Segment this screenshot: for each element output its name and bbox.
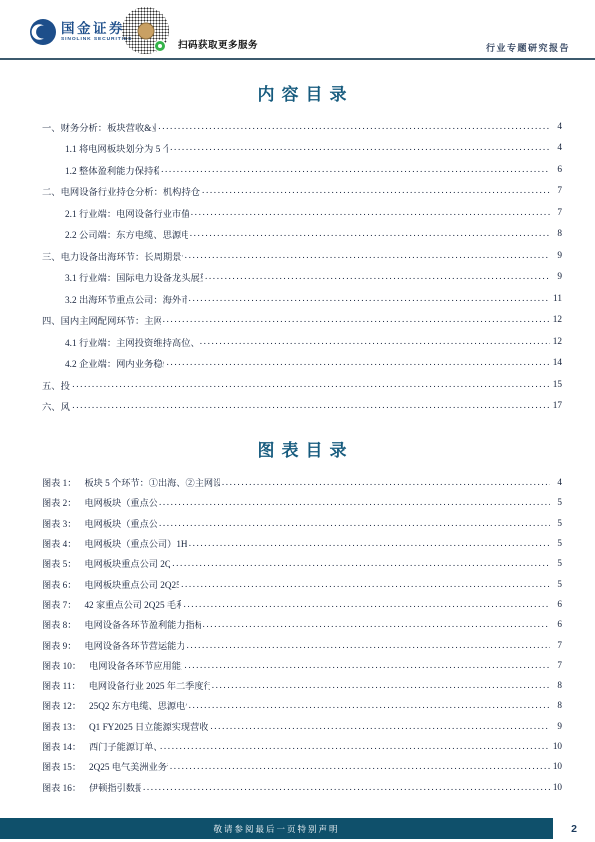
page-footer: 敬请参阅最后一页特别声明 2 — [0, 818, 595, 839]
qr-dots-pattern — [122, 7, 169, 54]
toc-entry-label: 六、风险提示 — [42, 399, 70, 413]
figure-entry-label: 电网板块（重点公司）1H25 业绩同比+14% — [84, 516, 157, 530]
figure-entry-number: 图表 5： — [42, 556, 76, 570]
figure-entry-label: 25Q2 东方电缆、思源电气、许继电气、三星医疗等受机构青睐 — [89, 698, 187, 712]
toc-entry[interactable]: 3.2 出海环节重点公司：海外市场长期布局逐步兑现，营收/订单/盈利增长明显..… — [42, 288, 562, 310]
figure-entry-page: 6 — [552, 599, 562, 609]
dot-leader: ........................................… — [172, 558, 550, 568]
toc-title: 内容目录 — [42, 85, 562, 105]
figure-entry-label: 板块 5 个环节：①出海、②主网设备、③配用电设备、④二次设备及智能化、⑤通用性… — [84, 475, 219, 489]
toc-entry[interactable]: 六、风险提示..................................… — [42, 396, 562, 418]
dot-leader: ........................................… — [222, 477, 550, 487]
dot-leader: ........................................… — [159, 497, 550, 507]
figure-entry-number: 图表 15： — [42, 759, 81, 773]
figure-entry[interactable]: 图表 16：伊顿指引数据中心下游高景气.....................… — [42, 776, 562, 796]
dot-leader: ........................................… — [190, 229, 550, 239]
qr-caption: 扫码获取更多服务 — [178, 37, 258, 51]
figure-entry[interactable]: 图表 11：电网设备行业 2025 年二季度行业市值达到 1.2 万亿元，同比增… — [42, 675, 562, 695]
figure-entry[interactable]: 图表 1：板块 5 个环节：①出海、②主网设备、③配用电设备、④二次设备及智能化… — [42, 472, 562, 492]
sinolink-logo-icon — [30, 19, 56, 45]
figure-entry-page: 6 — [552, 619, 562, 629]
figure-entry-number: 图表 11： — [42, 678, 81, 692]
toc-entry[interactable]: 三、电力设备出海环节：长周期景气、高压设备出口持续高增长、北美数据中心需求旺盛.… — [42, 245, 562, 267]
figure-entry-label: Q1 FY2025 日立能源实现营收 44 亿美元，同比+20%，利润率 12.… — [89, 719, 208, 733]
dot-leader: ........................................… — [161, 165, 550, 175]
dot-leader: ........................................… — [203, 619, 550, 629]
figure-entry-number: 图表 3： — [42, 516, 76, 530]
toc-entry-label: 2.1 行业端：电网设备行业市值同比增长 8%，公募基金重仓持股比例同比-0.8… — [65, 206, 189, 220]
report-page: 国金证券 SINOLINK SECURITIES 扫码获取更多服务 行业专题研究… — [0, 0, 595, 842]
figure-entry-number: 图表 6： — [42, 577, 76, 591]
toc-entry-page: 4 — [552, 122, 562, 132]
figure-entry[interactable]: 图表 2：电网板块（重点公司）1H25 营收同比+13%............… — [42, 492, 562, 512]
figure-entry-number: 图表 16： — [42, 780, 81, 794]
figure-entry-page: 10 — [552, 761, 562, 771]
figure-entry-number: 图表 14： — [42, 739, 81, 753]
figure-entry-page: 10 — [552, 741, 562, 751]
figure-entry-number: 图表 2： — [42, 495, 76, 509]
dot-leader: ........................................… — [170, 143, 550, 153]
figure-entry-label: 电网板块（重点公司）1H25 营收同比+13% — [84, 495, 157, 509]
toc-entry-label: 1.2 整体盈利能力保持稳定，出海环节资本开支持续高增 — [65, 163, 159, 177]
figure-entry-number: 图表 10： — [42, 658, 81, 672]
figure-entry[interactable]: 图表 14：西门子能源订单、收入、利润率持续增长................… — [42, 736, 562, 756]
dot-leader: ........................................… — [181, 579, 550, 589]
dot-leader: ........................................… — [189, 700, 550, 710]
toc-entry[interactable]: 五、投资建议..................................… — [42, 374, 562, 396]
toc-entry[interactable]: 4.1 行业端：主网投资维持高位、特高压招标预计第四批提速、关注配网集采“以量补… — [42, 331, 562, 353]
dot-leader: ........................................… — [191, 208, 550, 218]
figure-entry-page: 5 — [552, 558, 562, 568]
toc-entry-page: 14 — [552, 358, 562, 368]
figure-entry-page: 5 — [552, 538, 562, 548]
dot-leader: ........................................… — [189, 538, 550, 548]
figure-entry[interactable]: 图表 7：42 家重点公司 2Q25 毛利率/净利率分别环比提升至 22%/9%… — [42, 594, 562, 614]
figure-entry[interactable]: 图表 10：电网设备各环节应用能力指标：出海环节资本开支持续高增........… — [42, 655, 562, 675]
figure-entry-page: 8 — [552, 700, 562, 710]
report-type-label: 行业专题研究报告 — [486, 41, 570, 54]
figure-entry-number: 图表 8： — [42, 617, 76, 631]
toc-entry[interactable]: 4.2 企业端：网内业务稳健增长，网外&国际化布局逐步兑现...........… — [42, 353, 562, 375]
toc-entry-page: 17 — [552, 401, 562, 411]
page-content: 内容目录 一、财务分析：板块营收&业绩稳健增长，盈利&营运能力保持稳定.....… — [42, 60, 562, 797]
figure-entry-label: 电网设备行业 2025 年二季度行业市值达到 1.2 万亿元，同比增长 8%，环… — [89, 678, 210, 692]
figure-entry-label: 电网设备各环节盈利能力指标：主网设备、二次设备及智能化等环节表现亮眼 — [84, 617, 200, 631]
figure-entry-page: 10 — [552, 782, 562, 792]
dot-leader: ........................................… — [160, 741, 550, 751]
figure-entry-number: 图表 4： — [42, 536, 76, 550]
figure-entry-label: 电网设备各环节应用能力指标：出海环节资本开支持续高增 — [89, 658, 182, 672]
dot-leader: ........................................… — [189, 294, 550, 304]
dot-leader: ........................................… — [183, 599, 550, 609]
figure-entry-page: 5 — [552, 518, 562, 528]
dot-leader: ........................................… — [170, 761, 550, 771]
figure-entry-number: 图表 9： — [42, 638, 76, 652]
brand: 国金证券 SINOLINK SECURITIES — [30, 19, 132, 45]
dot-leader: ........................................… — [143, 782, 550, 792]
figure-entry-label: 电网板块（重点公司）1H25 毛利率相对稳定，净利率提升至 8.6% — [84, 536, 186, 550]
toc-entry-label: 3.1 行业端：国际电力设备龙头展望积极、北美数据中心需求强劲，国内出口数据持续… — [65, 270, 203, 284]
qr-code — [122, 7, 169, 54]
toc-entry-label: 五、投资建议 — [42, 378, 70, 392]
toc-entry-page: 9 — [552, 251, 562, 261]
figure-list: 图表 1：板块 5 个环节：①出海、②主网设备、③配用电设备、④二次设备及智能化… — [42, 472, 562, 797]
toc-entry[interactable]: 四、国内主网配网环节：主网招标高速增长，关注特高压后续招标提速.........… — [42, 310, 562, 332]
footer-page-number: 2 — [553, 818, 595, 839]
dot-leader: ........................................… — [72, 401, 550, 411]
toc-entry-label: 1.1 将电网板块划分为 5 个细分环节，整体营收和业绩持续增长 — [65, 141, 168, 155]
toc-entry-page: 15 — [552, 380, 562, 390]
toc-entry-label: 4.2 企业端：网内业务稳健增长，网外&国际化布局逐步兑现 — [65, 356, 164, 370]
dot-leader: ........................................… — [210, 721, 550, 731]
toc-entry[interactable]: 二、电网设备行业持仓分析：机构持仓同比下滑，出海、细分行业龙头、数据中心等领域为… — [42, 181, 562, 203]
figure-entry-page: 4 — [552, 477, 562, 487]
figure-entry-label: 2Q25 电气美洲业务营收 33.5 亿美元，同比+16% — [89, 759, 168, 773]
toc-entry-page: 6 — [552, 165, 562, 175]
dot-leader: ........................................… — [158, 122, 550, 132]
figure-entry[interactable]: 图表 5：电网板块重点公司 2Q25 营收同比+14%（季度口径）.......… — [42, 553, 562, 573]
dot-leader: ........................................… — [200, 337, 550, 347]
dot-leader: ........................................… — [212, 680, 550, 690]
figure-entry-page: 5 — [552, 579, 562, 589]
toc-entry[interactable]: 2.1 行业端：电网设备行业市值同比增长 8%，公募基金重仓持股比例同比-0.8… — [42, 202, 562, 224]
figure-entry-label: 伊顿指引数据中心下游高景气 — [89, 780, 141, 794]
figure-entry-page: 9 — [552, 721, 562, 731]
dot-leader: ........................................… — [184, 660, 550, 670]
figure-entry[interactable]: 图表 13：Q1 FY2025 日立能源实现营收 44 亿美元，同比+20%，利… — [42, 716, 562, 736]
figure-entry-label: 电网板块重点公司 2Q25 营收同比+14%（季度口径） — [84, 556, 170, 570]
page-header: 国金证券 SINOLINK SECURITIES 扫码获取更多服务 行业专题研究… — [0, 0, 595, 60]
dot-leader: ........................................… — [205, 272, 550, 282]
toc-entry-page: 12 — [552, 315, 562, 325]
figure-entry-page: 7 — [552, 660, 562, 670]
figure-entry[interactable]: 图表 12：25Q2 东方电缆、思源电气、许继电气、三星医疗等受机构青睐....… — [42, 695, 562, 715]
figure-entry-page: 7 — [552, 640, 562, 650]
figure-entry[interactable]: 图表 9：电网设备各环节营运能力指标：应收账款及存货周转率变化较小.......… — [42, 634, 562, 654]
toc-entry-page: 12 — [552, 337, 562, 347]
figure-entry-label: 西门子能源订单、收入、利润率持续增长 — [89, 739, 158, 753]
toc-entry[interactable]: 一、财务分析：板块营收&业绩稳健增长，盈利&营运能力保持稳定..........… — [42, 116, 562, 138]
toc-entry[interactable]: 3.1 行业端：国际电力设备龙头展望积极、北美数据中心需求强劲，国内出口数据持续… — [42, 267, 562, 289]
figure-entry-page: 8 — [552, 680, 562, 690]
figure-entry[interactable]: 图表 6：电网板块重点公司 2Q25 归母净利润同比+13%（季度口径）....… — [42, 573, 562, 593]
toc-entry-label: 2.2 公司端：东方电缆、思源电气、宏发股份、三星医疗、特锐德等受机构青睐 — [65, 227, 188, 241]
toc-entry-label: 一、财务分析：板块营收&业绩稳健增长，盈利&营运能力保持稳定 — [42, 120, 156, 134]
toc-entry[interactable]: 2.2 公司端：东方电缆、思源电气、宏发股份、三星医疗、特锐德等受机构青睐...… — [42, 224, 562, 246]
toc-entry-page: 9 — [552, 272, 562, 282]
figure-entry[interactable]: 图表 8：电网设备各环节盈利能力指标：主网设备、二次设备及智能化等环节表现亮眼.… — [42, 614, 562, 634]
toc-entry-label: 四、国内主网配网环节：主网招标高速增长，关注特高压后续招标提速 — [42, 313, 161, 327]
toc-entry-label: 3.2 出海环节重点公司：海外市场长期布局逐步兑现，营收/订单/盈利增长明显 — [65, 292, 187, 306]
toc-entry-page: 8 — [552, 229, 562, 239]
footer-disclaimer: 敬请参阅最后一页特别声明 — [0, 818, 553, 839]
figure-entry-label: 电网板块重点公司 2Q25 归母净利润同比+13%（季度口径） — [84, 577, 179, 591]
figure-entry-label: 42 家重点公司 2Q25 毛利率/净利率分别环比提升至 22%/9%。 — [84, 597, 181, 611]
dot-leader: ........................................… — [166, 358, 550, 368]
figure-entry[interactable]: 图表 3：电网板块（重点公司）1H25 业绩同比+14%............… — [42, 513, 562, 533]
toc-entry-label: 二、电网设备行业持仓分析：机构持仓同比下滑，出海、细分行业龙头、数据中心等领域为… — [42, 184, 200, 198]
toc-entry-page: 7 — [552, 208, 562, 218]
figure-entry[interactable]: 图表 4：电网板块（重点公司）1H25 毛利率相对稳定，净利率提升至 8.6%.… — [42, 533, 562, 553]
qr-center-logo — [137, 22, 154, 39]
figure-entry-page: 5 — [552, 497, 562, 507]
dot-leader: ........................................… — [185, 251, 550, 261]
toc-entry-label: 三、电力设备出海环节：长周期景气、高压设备出口持续高增长、北美数据中心需求旺盛 — [42, 249, 183, 263]
dot-leader: ........................................… — [186, 640, 550, 650]
toc-entry[interactable]: 1.2 整体盈利能力保持稳定，出海环节资本开支持续高增.............… — [42, 159, 562, 181]
figure-entry[interactable]: 图表 15：2Q25 电气美洲业务营收 33.5 亿美元，同比+16%.....… — [42, 756, 562, 776]
dot-leader: ........................................… — [163, 315, 550, 325]
toc-entry[interactable]: 1.1 将电网板块划分为 5 个细分环节，整体营收和业绩持续增长........… — [42, 138, 562, 160]
toc-entry-label: 4.1 行业端：主网投资维持高位、特高压招标预计第四批提速、关注配网集采“以量补… — [65, 335, 198, 349]
toc-entry-page: 7 — [552, 186, 562, 196]
toc-list: 一、财务分析：板块营收&业绩稳健增长，盈利&营运能力保持稳定..........… — [42, 116, 562, 417]
toc-entry-page: 4 — [552, 143, 562, 153]
figure-entry-label: 电网设备各环节营运能力指标：应收账款及存货周转率变化较小 — [84, 638, 184, 652]
toc-entry-page: 11 — [552, 294, 562, 304]
dot-leader: ........................................… — [202, 186, 550, 196]
figures-title: 图表目录 — [42, 441, 562, 461]
figure-entry-number: 图表 1： — [42, 475, 76, 489]
dot-leader: ........................................… — [72, 380, 550, 390]
figure-entry-number: 图表 7： — [42, 597, 76, 611]
figure-entry-number: 图表 12： — [42, 698, 81, 712]
qr-wechat-dot-icon — [154, 40, 166, 52]
figure-entry-number: 图表 13： — [42, 719, 81, 733]
dot-leader: ........................................… — [159, 518, 550, 528]
